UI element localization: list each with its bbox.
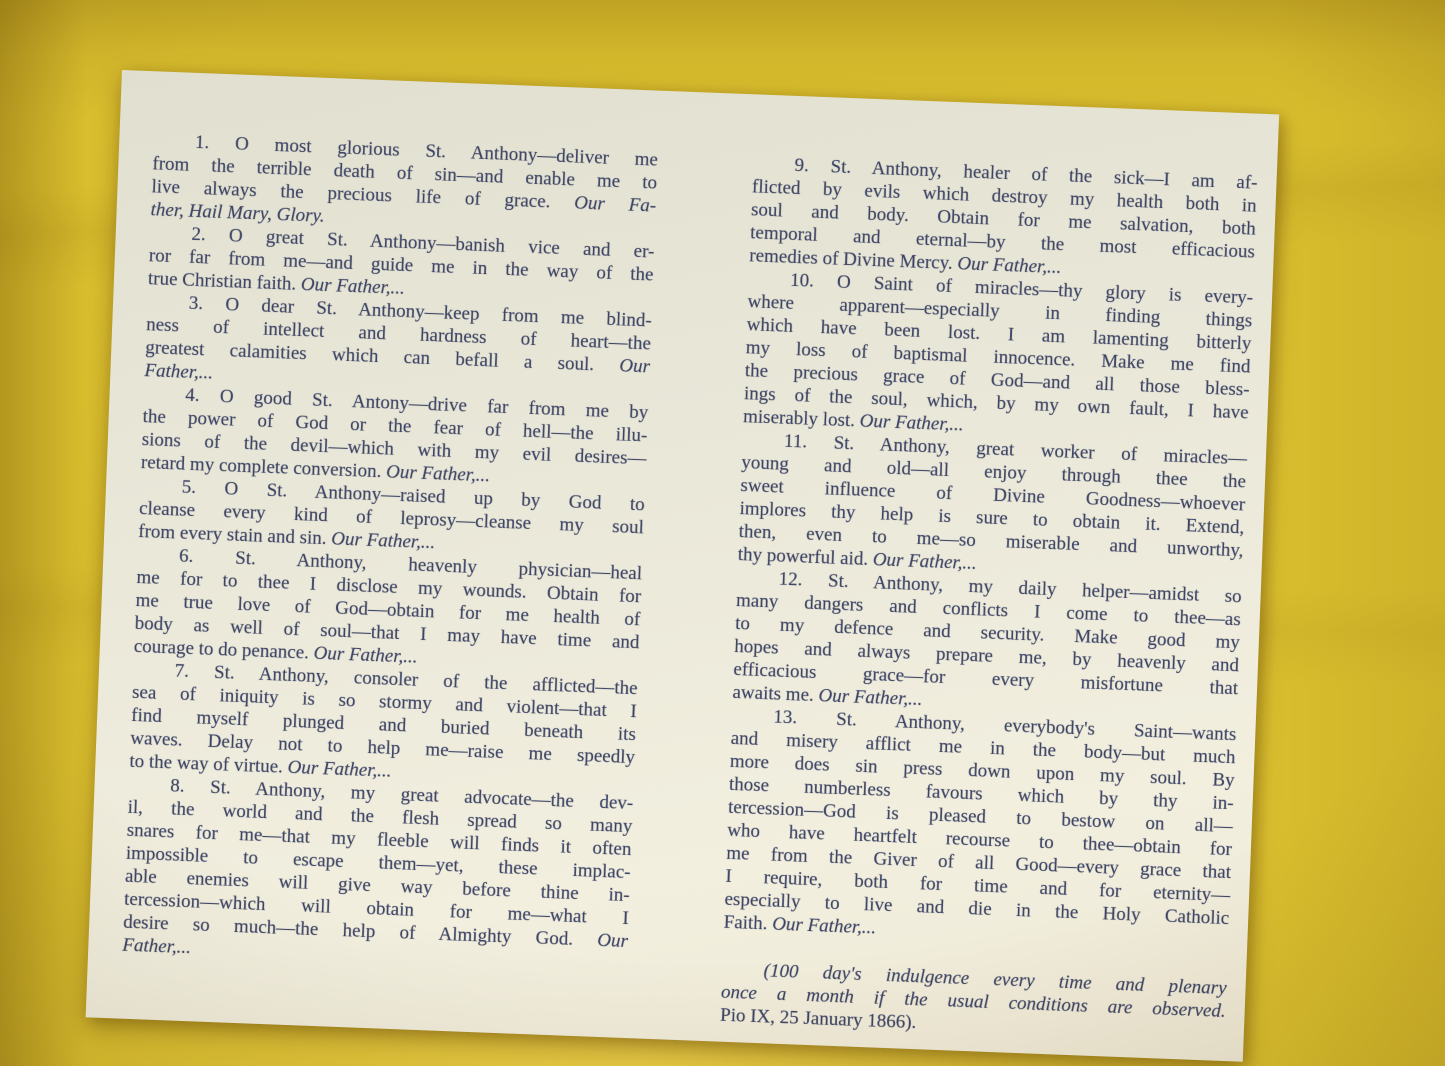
left-column: 1. O most glorious St. Anthony—deliver m… [120, 129, 658, 1023]
prayer-card-columns: 1. O most glorious St. Anthony—deliver m… [86, 70, 1279, 1047]
prayer-paragraph: 7. St. Anthony, consoler of the afflicte… [129, 658, 638, 792]
photo-background: 1. O most glorious St. Anthony—deliver m… [0, 0, 1445, 1066]
indulgence-note: (100 day's indulgence every time and ple… [720, 958, 1227, 1046]
prayer-card-paper: 1. O most glorious St. Anthony—deliver m… [86, 70, 1280, 1062]
prayer-paragraph: 13. St. Anthony, everybody's Saint—wants… [723, 704, 1236, 953]
prayer-paragraph: 12. St. Anthony, my daily helper—amidst … [732, 566, 1242, 723]
right-column: 9. St. Anthony, healer of the sick—I am … [720, 152, 1258, 1046]
prayer-paragraph: 8. St. Anthony, my great advocate—the de… [122, 773, 634, 976]
prayer-paragraph: 9. St. Anthony, healer of the sick—I am … [749, 152, 1258, 286]
prayer-paragraph: 6. St. Anthony, heavenly physician—healm… [133, 543, 642, 677]
prayer-paragraph: 10. O Saint of miracles—thy glory is eve… [743, 267, 1254, 447]
prayer-paragraph: 11. St. Anthony, great worker of miracle… [737, 428, 1247, 585]
